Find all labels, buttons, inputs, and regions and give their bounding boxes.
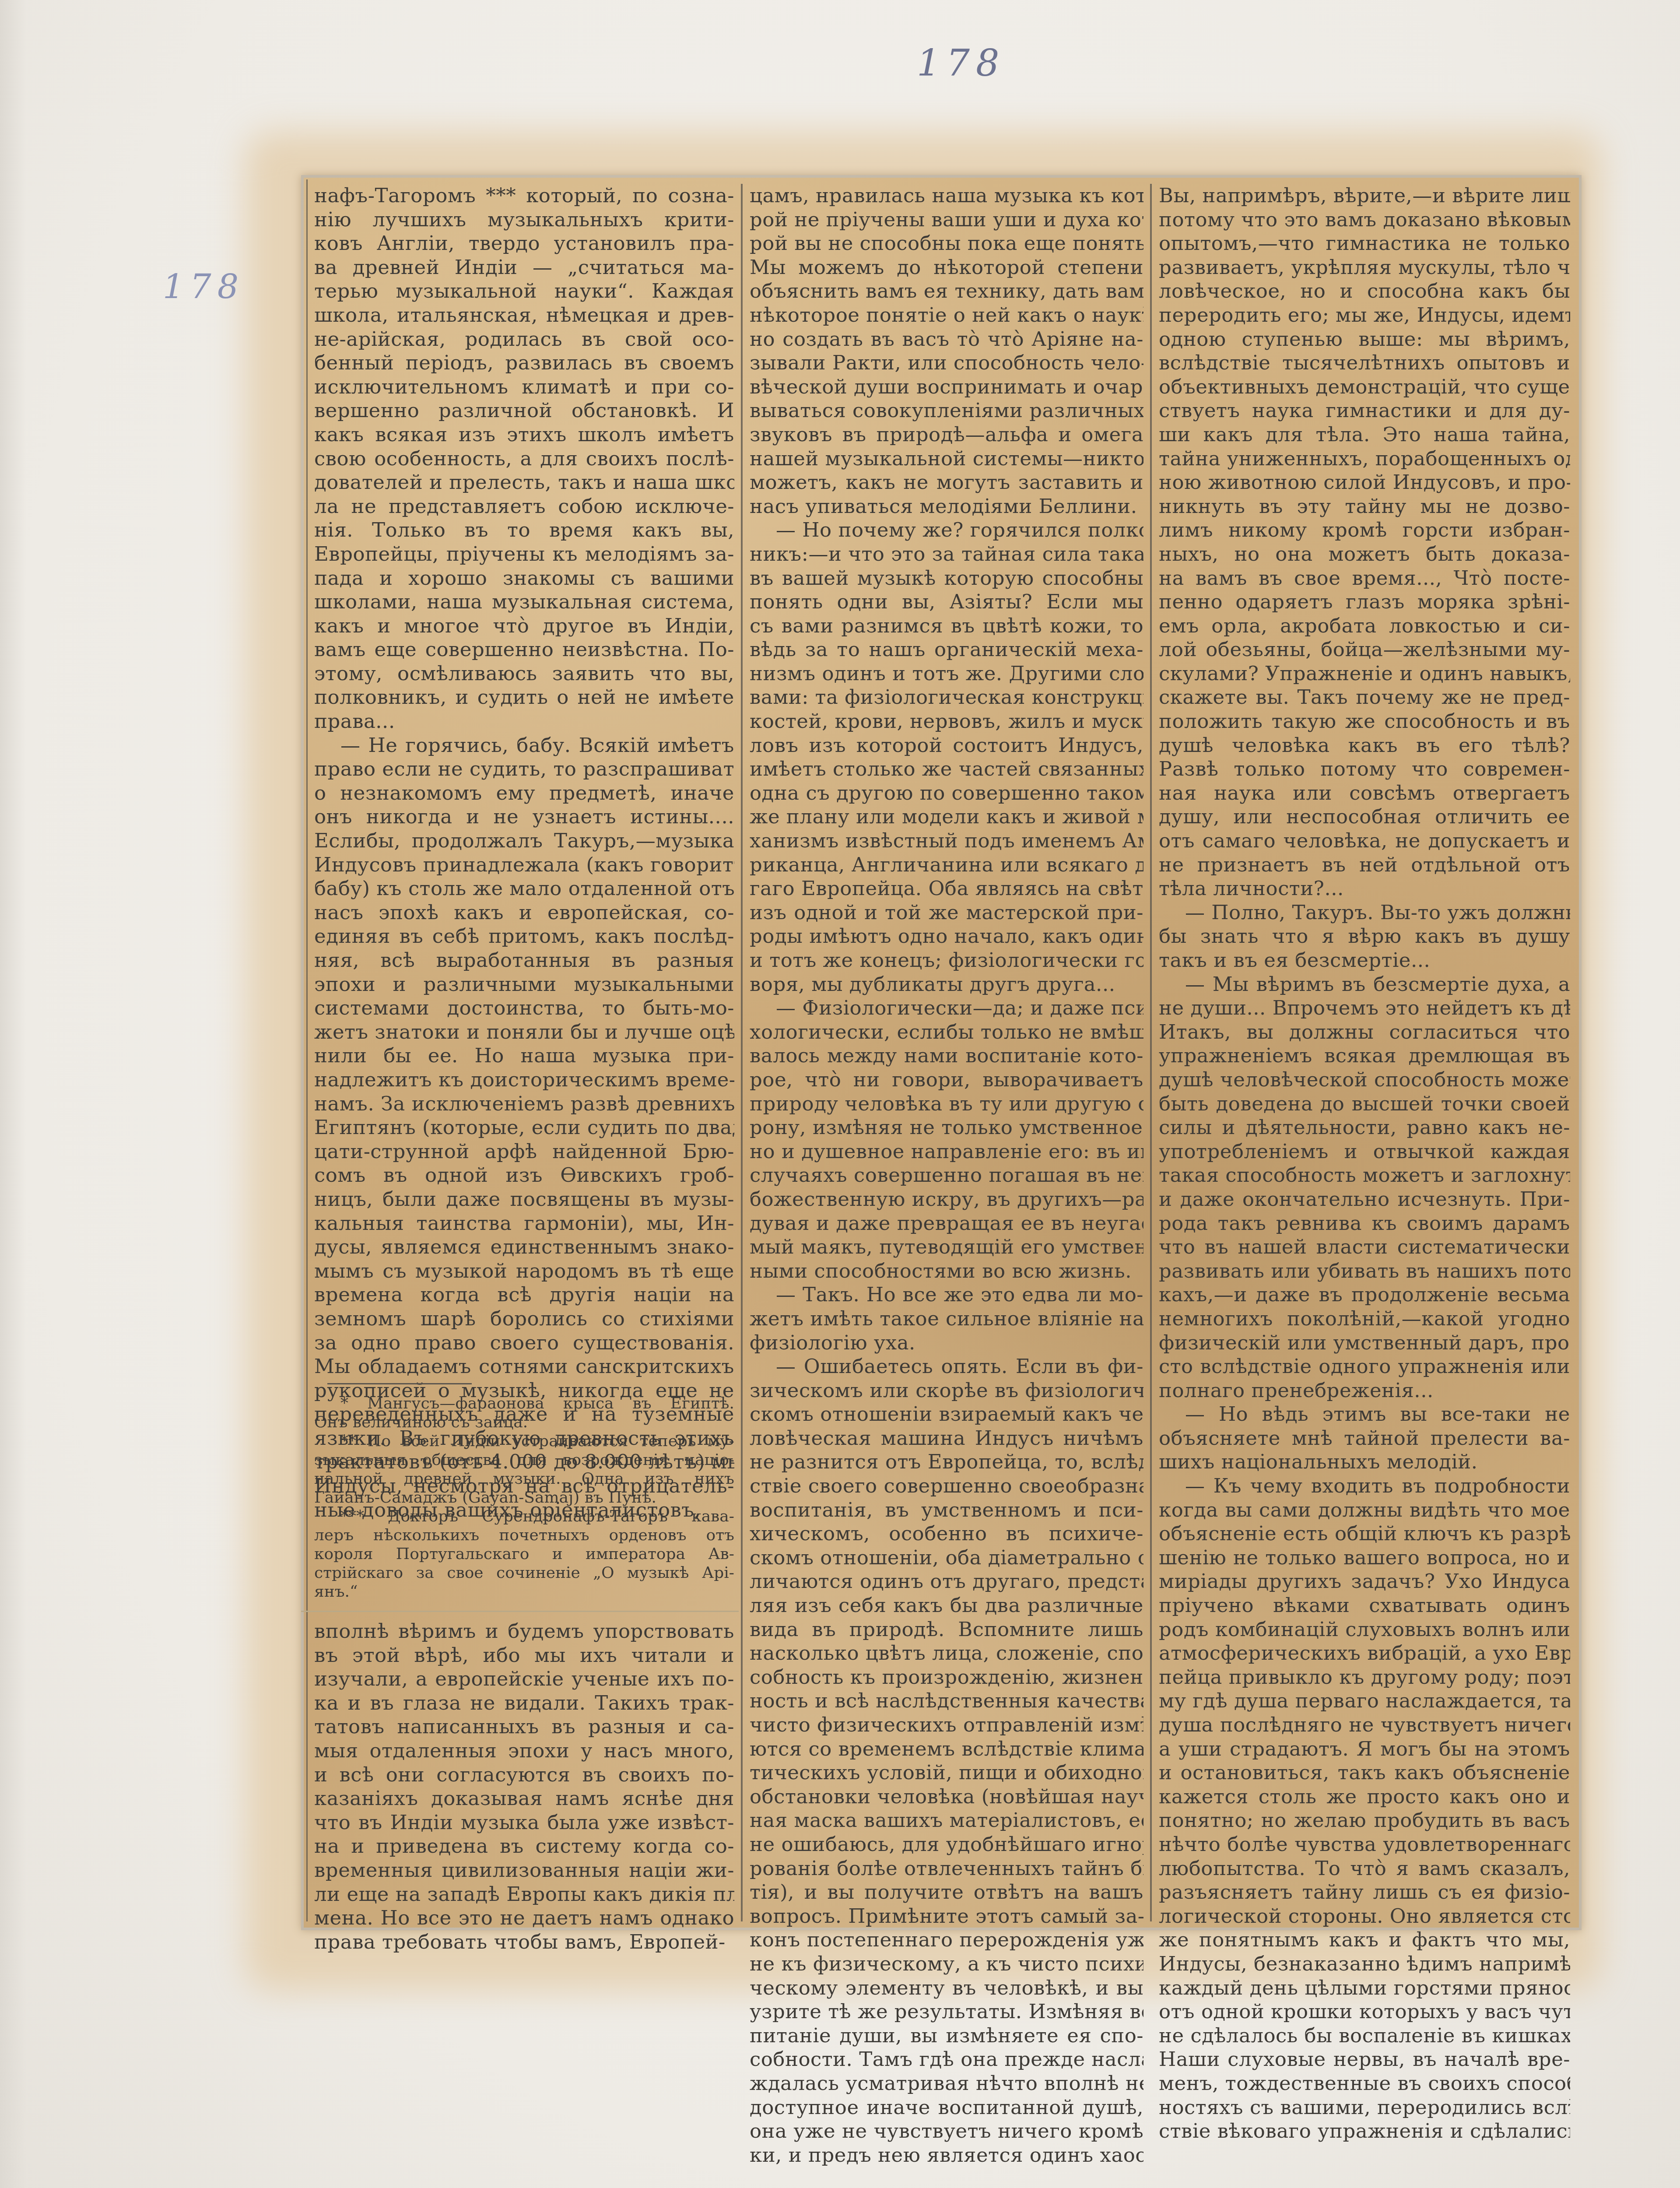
text-line: надлежитъ къ доисторическимъ време- (314, 1068, 734, 1092)
text-line: * Мангусъ—фараонова крыса въ Египтѣ. (314, 1394, 734, 1413)
text-line: кахъ,—и даже въ продолженіе весьма (1159, 1283, 1570, 1307)
text-line: ная наука или совсѣмъ отвергаетъ (1159, 781, 1570, 805)
text-line: полковникъ, и судить о ней не имѣете (314, 685, 734, 709)
handwritten-page-number-margin: 178 (163, 267, 245, 306)
text-line: мена. Но все это не даетъ намъ однако (314, 1906, 734, 1930)
text-line: нашей музыкальной системы—никто не (750, 447, 1143, 471)
text-line: ная маска вашихъ матеріалистовъ, если (750, 1809, 1143, 1833)
text-line: понять одни вы, Азіяты? Если мы (750, 590, 1143, 614)
text-line: душѣ человѣческой способность можетъ (1159, 1068, 1570, 1092)
text-line: ляя изъ себя какъ бы два различные (750, 1594, 1143, 1618)
text-line: Гайанъ-Самаджъ (Gayan-Samaj) въ Пунѣ. (314, 1488, 734, 1507)
text-line: и тотъ же конецъ; физіологически го- (750, 948, 1143, 973)
text-line: она уже не чувствуетъ ничего кромѣ ску- (750, 2119, 1143, 2143)
text-line: цамъ, нравилась наша музыка къ кото- (750, 184, 1143, 208)
text-line: ною животною силой Индусовъ, и про- (1159, 471, 1570, 495)
text-line: звуковъ въ природѣ—альфа и омега (750, 423, 1143, 447)
text-line: полнаго пренебреженія... (1159, 1379, 1570, 1403)
text-line: собности. Тамъ гдѣ она прежде насла- (750, 2048, 1143, 2072)
text-line: быть доведена до высшей точки своей (1159, 1092, 1570, 1116)
text-line: школа, итальянская, нѣмецкая и древ- (314, 303, 734, 327)
text-line: бы знать что я вѣрю какъ въ душу (1159, 924, 1570, 948)
text-line: пріучено вѣками схватывать одинъ (1159, 1594, 1570, 1618)
text-line: что въ Индіи музыка была уже извѣст- (314, 1811, 734, 1835)
text-line: положить такую же способность и въ (1159, 709, 1570, 734)
text-line: мымъ съ музыкой народомъ въ тѣ еще (314, 1259, 734, 1283)
text-line: ческому элементу въ человѣкѣ, и вы (750, 1976, 1143, 2000)
text-line: о незнакомомъ ему предметѣ, иначе (314, 781, 734, 805)
text-line: отъ самаго человѣка, не допускаетъ и (1159, 829, 1570, 853)
text-line: изъ одной и той же мастерской при- (750, 901, 1143, 925)
text-line: физіологію уха. (750, 1331, 1143, 1355)
text-line: онъ никогда и не узнаетъ истины.... (314, 805, 734, 829)
text-line: нѣкоторое понятіе о ней какъ о наукѣ; (750, 303, 1143, 327)
text-line: *** Докторъ Сурендронафъ-Тагоръ кава- (314, 1507, 734, 1526)
text-line: объясняете мнѣ тайной прелести ва- (1159, 1426, 1570, 1450)
text-line: немногихъ поколѣній,—какой угодно (1159, 1307, 1570, 1331)
album-spine-shadow (0, 0, 26, 2188)
text-line: божественную искру, въ другихъ—раз- (750, 1187, 1143, 1212)
text-line: изучали, а европейскіе ученые ихъ по- (314, 1667, 734, 1691)
text-line: объективныхъ демонстрацій, что суще- (1159, 375, 1570, 399)
text-line: одна съ другою по совершенно такому (750, 781, 1143, 805)
text-line: Мы можемъ до нѣкоторой степени (750, 256, 1143, 280)
text-line: насъ упиваться мелодіями Беллини. (750, 495, 1143, 519)
text-line: — Но вѣдь этимъ вы все-таки не (1159, 1402, 1570, 1426)
text-line: скомъ отношеніи, оба діаметрально от- (750, 1546, 1143, 1570)
text-line: ловѣческое, но и способна какъ бы (1159, 279, 1570, 303)
text-line: питаніе души, вы измѣняете ея спо- (750, 2024, 1143, 2048)
text-line: но и душевное направленіе его: въ иныхъ (750, 1140, 1143, 1164)
text-line: сто вслѣдствіе одного упражненія или (1159, 1355, 1570, 1379)
text-line: же плану или модели какъ и живой ме- (750, 805, 1143, 829)
text-line: развивать или убивать въ нашихъ потом- (1159, 1259, 1570, 1283)
text-line: зыкальныя общества для возрожденія націо… (314, 1450, 734, 1469)
text-line: обстановки человѣка (новѣйшая науч- (750, 1785, 1143, 1809)
text-line: риканца, Англичанина или всякаго дру- (750, 853, 1143, 877)
text-line: имѣетъ столько же частей связанныхъ (750, 757, 1143, 781)
text-line: ки, и предъ нею является одинъ хаосъ... (750, 2143, 1143, 2167)
column-rule-left (306, 179, 308, 1921)
text-line: тія), и вы получите отвѣтъ на вашъ (750, 1880, 1143, 1904)
text-line: рода такъ ревнива къ своимъ дарамъ (1159, 1212, 1570, 1236)
text-line: душѣ человѣка какъ въ его тѣлѣ? (1159, 734, 1570, 758)
text-line: ханизмъ извѣстный подъ именемъ Аме- (750, 829, 1143, 853)
text-line: рону, измѣняя не только умственное, (750, 1116, 1143, 1140)
text-line: намъ. За исключеніемъ развѣ древнихъ (314, 1092, 734, 1116)
text-line: когда вы сами должны видѣть что мое (1159, 1498, 1570, 1522)
text-line: воря, мы дубликаты другъ друга... (750, 973, 1143, 997)
text-line: ность и всѣ наслѣдственныя качества (750, 1689, 1143, 1713)
text-line: не-арійская, родилась въ свой осо- (314, 327, 734, 351)
text-line: ными способностями во всю жизнь. (750, 1259, 1143, 1283)
text-line: отъ одной крошки которыхъ у васъ чуть (1159, 2000, 1570, 2024)
text-line: атмосферическихъ вибрацій, а ухо Евро- (1159, 1641, 1570, 1665)
text-line: развиваетъ, укрѣпляя мускулы, тѣло че- (1159, 256, 1570, 280)
text-line: менъ, тождественные въ своихъ способ- (1159, 2072, 1570, 2096)
text-line: ствуетъ наука гимнастики и для ду- (1159, 399, 1570, 423)
text-line: Вы, напримѣръ, вѣрите,—и вѣрите лишь (1159, 184, 1570, 208)
text-line: Наши слуховые нервы, въ началѣ вре- (1159, 2048, 1570, 2072)
text-line: терью музыкальной науки“. Каждая (314, 279, 734, 303)
text-line: — Не горячись, бабу. Всякій имѣетъ (314, 734, 734, 758)
text-line: бабу) къ столь же мало отдаленной отъ (314, 877, 734, 901)
text-line: права требовать чтобы вамъ, Европей- (314, 1930, 734, 1954)
text-line: хическомъ, особенно въ психиче- (750, 1522, 1143, 1546)
text-line: каждый день цѣлыми горстями пряности, (1159, 1976, 1570, 2000)
text-line: не къ физическому, а къ чисто психи- (750, 1952, 1143, 1976)
text-line: а уши страдаютъ. Я могъ бы на этомъ (1159, 1737, 1570, 1761)
text-line: Индусовъ принадлежала (какъ говоритъ (314, 853, 734, 877)
text-line: мыя отдаленныя эпохи у насъ много, (314, 1739, 734, 1763)
text-line: кальныя таинства гармоніи), мы, Ин- (314, 1212, 734, 1236)
text-line: что въ нашей власти систематически (1159, 1235, 1570, 1259)
text-line: вершенно различной обстановкѣ. И (314, 399, 734, 423)
text-line: татовъ написанныхъ въ разныя и са- (314, 1715, 734, 1739)
text-line: пейца привыкло къ другому роду; поэто- (1159, 1665, 1570, 1689)
text-line: въ этой вѣрѣ, ибо мы ихъ читали и (314, 1644, 734, 1668)
text-line: лимъ никому кромѣ горсти избран- (1159, 518, 1570, 542)
text-line: объясненіе есть общій ключъ къ разрѣ- (1159, 1522, 1570, 1546)
text-line: нафъ-Тагоромъ *** который, по созна- (314, 184, 734, 208)
text-line: ** По всей Индіи устраиваются теперь му- (314, 1432, 734, 1450)
text-line: въ вашей музыкѣ которую способны (750, 566, 1143, 590)
text-line: низмъ одинъ и тотъ же. Другими сло- (750, 662, 1143, 686)
text-line: ствіе своего совершенно своеобразнаго (750, 1474, 1143, 1498)
text-line: зическомъ или скорѣе въ физіологиче- (750, 1379, 1143, 1403)
text-line: права... (314, 709, 734, 734)
text-line: рованія болѣе отвлеченныхъ тайнъ бы- (750, 1857, 1143, 1881)
text-line: костей, крови, нервовъ, жилъ и муску- (750, 709, 1143, 734)
text-line: этому, осмѣливаюсь заявить что вы, (314, 662, 734, 686)
column-rule-2 (1150, 184, 1152, 1921)
newspaper-clipping: нафъ-Тагоромъ *** который, по созна-нію … (301, 175, 1582, 1930)
text-line: какъ всякая изъ этихъ школъ имѣетъ (314, 423, 734, 447)
text-line: дователей и прелесть, такъ и наша шко- (314, 471, 734, 495)
text-line: ла не представляетъ собою исключе- (314, 495, 734, 519)
text-line: ловѣческая машина Индусъ ничѣмъ (750, 1426, 1143, 1450)
text-line: вполнѣ вѣримъ и будемъ упорствовать (314, 1619, 734, 1644)
text-line: съ вами разнимся въ цвѣтѣ кожи, то (750, 614, 1143, 638)
text-line: рой не пріучены ваши уши и духа кото- (750, 208, 1143, 232)
text-line: ка и въ глаза не видали. Такихъ трак- (314, 1691, 734, 1715)
text-line: логической стороны. Оно является столь (1159, 1904, 1570, 1928)
text-line: ва древней Индіи — „считаться ма- (314, 256, 734, 280)
text-line: янъ.“ (314, 1582, 734, 1601)
text-column-2: цамъ, нравилась наша музыка къ кото-рой … (750, 184, 1143, 2167)
text-line: пенно одаряетъ глазъ моряка зрѣні- (1159, 590, 1570, 614)
text-line: ются со временемъ вслѣдствіе клима- (750, 1737, 1143, 1761)
text-line: мый маякъ, путеводящій его умствен- (750, 1235, 1143, 1259)
text-line: Мы обладаемъ сотнями санскритскихъ (314, 1355, 734, 1379)
text-line: насколько цвѣтъ лица, сложеніе, спо- (750, 1641, 1143, 1665)
text-line: лой обезьяны, бойца—желѣзными му- (1159, 638, 1570, 662)
text-line: кажется столь же просто какъ оно и (1159, 1785, 1570, 1809)
text-line: зывали Ракти, или способность чело- (750, 351, 1143, 375)
text-line: ковъ Англіи, твердо установилъ пра- (314, 232, 734, 256)
column-rule-1 (741, 184, 743, 1921)
text-line: временныя цивилизованныя націи жи- (314, 1858, 734, 1882)
text-line: роды имѣютъ одно начало, какъ одинъ (750, 924, 1143, 948)
text-line: случаяхъ совершенно погашая въ немъ (750, 1163, 1143, 1187)
text-line: потому что это вамъ доказано вѣковымъ (1159, 208, 1570, 232)
text-line: — Такъ. Но все же это едва ли мо- (750, 1283, 1143, 1307)
text-line: но создать въ васъ то̀ что̀ Аріяне на- (750, 327, 1143, 351)
text-line: школами, наша музыкальная система, (314, 590, 734, 614)
text-line: вида въ природѣ. Вспомните лишь (750, 1618, 1143, 1642)
text-line: разъясняетъ тайну лишь съ ея физіо- (1159, 1880, 1570, 1904)
text-line: Итакъ, вы должны согласиться что (1159, 1020, 1570, 1044)
text-line: вамъ еще совершенно неизвѣстна. По- (314, 638, 734, 662)
text-line: жетъ знатоки и поняли бы и лучше оцѣ- (314, 1020, 734, 1044)
text-line: ницъ, были даже посвящены въ музы- (314, 1187, 734, 1212)
text-line: шихъ національныхъ мелодій. (1159, 1450, 1570, 1474)
text-line: земномъ шарѣ боролись со стихіями (314, 1307, 734, 1331)
text-line: вѣдь за то нашъ органическій меха- (750, 638, 1143, 662)
text-line: объяснить вамъ ея технику, дать вамъ (750, 279, 1143, 303)
text-line: вѣческой души воспринимать и очаро- (750, 375, 1143, 399)
text-line: рое, что̀ ни говори, выворачиваетъ (750, 1068, 1143, 1092)
text-line: душу, или неспособная отличить ее (1159, 805, 1570, 829)
text-line: не признаетъ въ ней отдѣльной отъ (1159, 853, 1570, 877)
footnote-rule (327, 1383, 472, 1384)
text-line: одною ступенью выше: мы вѣримъ, (1159, 327, 1570, 351)
text-line: шенію не только вашего вопроса, но и (1159, 1546, 1570, 1570)
text-line: ныхъ, но она можетъ быть доказа- (1159, 542, 1570, 566)
text-line: валось между нами воспитаніе кото- (750, 1044, 1143, 1068)
text-line: воспитанія, въ умственномъ и пси- (750, 1498, 1143, 1522)
handwritten-page-number-top: 178 (917, 42, 1005, 84)
text-line: понятно; но желаю пробудить въ васъ (1159, 1809, 1570, 1833)
text-line: не души... Впрочемъ это нейдетъ къ дѣлу. (1159, 996, 1570, 1020)
text-line: опытомъ,—что гимнастика не только (1159, 232, 1570, 256)
text-line: за одно право своего существованія. (314, 1331, 734, 1355)
text-column-1-continued: вполнѣ вѣримъ и будемъ упорствоватьвъ эт… (314, 1619, 734, 1954)
text-line: пада и хорошо знакомы съ вашими (314, 566, 734, 590)
text-line: какъ и многое что̀ другое въ Индіи, (314, 614, 734, 638)
text-line: и всѣ они согласуются въ своихъ по- (314, 1763, 734, 1787)
text-line: чисто физическихъ отправленій измѣня- (750, 1713, 1143, 1737)
text-line: упражненіемъ всякая дремлющая въ (1159, 1044, 1570, 1068)
text-line: такъ и въ ея безсмертіе... (1159, 948, 1570, 973)
text-line: не разнится отъ Европейца, то, вслѣд- (750, 1450, 1143, 1474)
text-line: нію лучшихъ музыкальныхъ крити- (314, 208, 734, 232)
text-line: дувая и даже превращая ее въ неугаси- (750, 1212, 1143, 1236)
text-line: скулами? Упражненіе и одинъ навыкъ, (1159, 662, 1570, 686)
text-line: родъ комбинацій слуховыхъ волнъ или (1159, 1618, 1570, 1642)
text-line: можетъ, какъ не могутъ заставить и (750, 471, 1143, 495)
text-line: скомъ отношеніи взираемый какъ че- (750, 1402, 1143, 1426)
text-line: Египтянъ (которые, если судить по двад- (314, 1116, 734, 1140)
text-line: ствіе вѣковаго упражненія и сдѣлались (1159, 2119, 1570, 2143)
text-column-1: нафъ-Тагоромъ *** который, по созна-нію … (314, 184, 734, 1522)
text-line: никъ:—и что это за тайная сила такая (750, 542, 1143, 566)
album-page: 178 178 нафъ-Тагоромъ *** который, по со… (0, 0, 1680, 2188)
text-line: ли еще на западѣ Европы какъ дикія пле- (314, 1882, 734, 1907)
paste-seam (301, 1611, 739, 1612)
text-line: эпохи и различными музыкальными (314, 973, 734, 997)
text-line: право если не судить, то разспрашивать (314, 757, 734, 781)
text-line: сомъ въ одной изъ Ѳивскихъ гроб- (314, 1163, 734, 1187)
text-line: и даже окончательно исчезнуть. При- (1159, 1187, 1570, 1212)
text-line: вываться совокупленіями различныхъ (750, 399, 1143, 423)
text-line: любопытства. То что̀ я вамъ сказалъ, (1159, 1857, 1570, 1881)
text-line: такая способность можетъ и заглохнуть, (1159, 1163, 1570, 1187)
text-line: вопросъ. Примѣните этотъ самый за- (750, 1904, 1143, 1928)
text-line: Развѣ только потому что современ- (1159, 757, 1570, 781)
text-line: рой вы не способны пока еще понять... (750, 232, 1143, 256)
text-line: употребленіемъ и отвычкой каждая (1159, 1140, 1570, 1164)
text-line: нили бы ее. Но наша музыка при- (314, 1044, 734, 1068)
text-line: короля Португальскаго и императора Ав- (314, 1545, 734, 1563)
text-line: дусы, являемся единственнымъ знако- (314, 1235, 734, 1259)
text-line: свою особенность, а для своихъ послѣ- (314, 447, 734, 471)
text-line: ждалась усматривая нѣчто вполнѣ не- (750, 2072, 1143, 2096)
text-line: няя, всѣ выработанныя въ разныя (314, 948, 734, 973)
text-line: исключительномъ климатѣ и при со- (314, 375, 734, 399)
text-line: не ошибаюсь, для удобнѣйшаго игнори- (750, 1833, 1143, 1857)
text-line: миріады другихъ задачъ? Ухо Индуса (1159, 1570, 1570, 1594)
text-line: хологически, еслибы только не вмѣши- (750, 1020, 1143, 1044)
text-line: скажете вы. Такъ почему же не пред- (1159, 685, 1570, 709)
text-line: нія. Только въ то время какъ вы, (314, 518, 734, 542)
text-line: Еслибы, продолжалъ Такуръ,—музыка (314, 829, 734, 853)
text-line: тическихъ условій, пищи и обиходной (750, 1761, 1143, 1785)
text-line: вами: та физіологическая конструкція (750, 685, 1143, 709)
text-line: вслѣдствіе тысячелѣтнихъ опытовъ и (1159, 351, 1570, 375)
text-line: природу человѣка въ ту или другую сто- (750, 1092, 1143, 1116)
text-line: собность къ произрожденію, жизнен- (750, 1665, 1143, 1689)
text-line: насъ эпохѣ какъ и европейская, со- (314, 901, 734, 925)
text-line: леръ нѣсколькихъ почетныхъ орденовъ отъ (314, 1526, 734, 1545)
text-line: му гдѣ душа перваго наслаждается, тамъ (1159, 1689, 1570, 1713)
text-line: жетъ имѣть такое сильное вліяніе на (750, 1307, 1143, 1331)
text-line: душа послѣдняго не чувствуетъ ничего, (1159, 1713, 1570, 1737)
text-line: силы и дѣятельности, равно какъ не- (1159, 1116, 1570, 1140)
text-line: личаются одинъ отъ другаго, представ- (750, 1570, 1143, 1594)
text-line: времена когда всѣ другія націи на (314, 1283, 734, 1307)
text-line: же понятнымъ какъ и фактъ что мы, (1159, 1928, 1570, 1952)
text-line: казаніяхъ доказывая намъ яснѣе дня (314, 1787, 734, 1811)
text-line: — Мы вѣримъ въ безсмертіе духа, а (1159, 973, 1570, 997)
text-line: гаго Европейца. Оба являясь на свѣтъ (750, 877, 1143, 901)
text-line: ловъ изъ которой состоитъ Индусъ, (750, 734, 1143, 758)
text-line: системами достоинства, то быть-мо- (314, 996, 734, 1020)
text-line: Европейцы, пріучены къ мелодіямъ за- (314, 542, 734, 566)
text-line: узрите тѣ же результаты. Измѣняя вос- (750, 2000, 1143, 2024)
text-line: никнуть въ эту тайну мы не дозво- (1159, 495, 1570, 519)
text-line: ностяхъ съ вашими, переродились вслѣд- (1159, 2096, 1570, 2120)
text-line: переродить его; мы же, Индусы, идемъ (1159, 303, 1570, 327)
text-line: на вамъ въ свое время..., Что̀ посте- (1159, 566, 1570, 590)
text-line: — Къ чему входить въ подробности (1159, 1474, 1570, 1498)
text-line: доступное иначе воспитанной душѣ, (750, 2096, 1143, 2120)
footnotes: * Мангусъ—фараонова крыса въ Египтѣ.Онъ … (314, 1394, 734, 1601)
text-line: и остановиться, такъ какъ объясненіе (1159, 1761, 1570, 1785)
text-line: Онъ величиною съ зайца. (314, 1413, 734, 1432)
text-line: — Физіологически—да; и даже пси- (750, 996, 1143, 1020)
text-line: — Ошибаетесь опять. Если въ фи- (750, 1355, 1143, 1379)
text-line: на и приведена въ систему когда со- (314, 1834, 734, 1858)
text-column-3: Вы, напримѣръ, вѣрите,—и вѣрите лишьпото… (1159, 184, 1570, 2143)
text-line: Индусы, безнаказанно ѣдимъ напримѣръ (1159, 1952, 1570, 1976)
text-line: конъ постепеннаго перерожденія уже (750, 1928, 1143, 1952)
text-line: физическій или умственный даръ, про- (1159, 1331, 1570, 1355)
text-line: нѣчто болѣе чувства удовлетвореннаго (1159, 1833, 1570, 1857)
text-line: цати-струнной арфѣ найденной Брю- (314, 1140, 734, 1164)
text-line: бенный періодъ, развилась въ своемъ (314, 351, 734, 375)
text-line: нальной древней музыки. Одна изъ нихъ (314, 1469, 734, 1488)
text-line: тайна униженныхъ, порабощенныхъ од- (1159, 447, 1570, 471)
text-line: ши какъ для тѣла. Это наша тайна, (1159, 423, 1570, 447)
text-line: емъ орла, акробата ловкостью и си- (1159, 614, 1570, 638)
text-line: тѣла личности?... (1159, 877, 1570, 901)
text-line: — Полно, Такуръ. Вы-то ужъ должны (1159, 901, 1570, 925)
text-line: стрійскаго за свое сочиненіе „О музыкѣ А… (314, 1563, 734, 1582)
text-line: единяя въ себѣ притомъ, какъ послѣд- (314, 924, 734, 948)
text-line: не сдѣлалось бы воспаленіе въ кишкахъ. (1159, 2024, 1570, 2048)
text-line: — Но почему же? горячился полков- (750, 518, 1143, 542)
